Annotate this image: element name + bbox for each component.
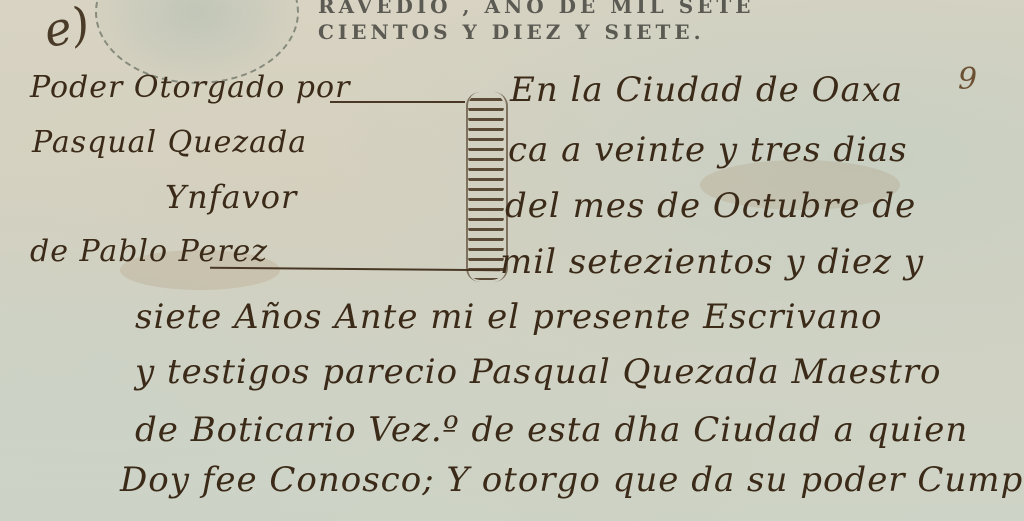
- stamp-header-line-1: RAVEDIO , AÑO DE MIL SETE: [318, 0, 755, 18]
- folio-mark: e): [39, 0, 94, 58]
- margin-note-line: de Pablo Perez: [30, 234, 268, 269]
- body-line: Doy fee Conosco; Y otorgo que da su pode…: [120, 460, 1024, 500]
- body-line: ca a veinte y tres dias: [508, 130, 908, 170]
- page-number: 9: [958, 62, 977, 97]
- margin-flourish-line: [330, 101, 465, 103]
- body-line: y testigos parecio Pasqual Quezada Maest…: [135, 352, 942, 392]
- margin-note-line: Ynfavor: [165, 178, 297, 216]
- body-line: En la Ciudad de Oaxa: [510, 70, 903, 110]
- body-line: de Boticario Vez.º de esta dha Ciudad a …: [135, 410, 968, 450]
- body-line: siete Años Ante mi el presente Escrivano: [135, 297, 882, 337]
- stamp-header-line-2: CIENTOS Y DIEZ Y SIETE.: [318, 20, 705, 44]
- body-line: mil setezientos y diez y: [500, 242, 924, 282]
- spiral-flourish-coils: [468, 94, 504, 280]
- manuscript-page: e) RAVEDIO , AÑO DE MIL SETE CIENTOS Y D…: [0, 0, 1024, 521]
- margin-note-line: Poder Otorgado por: [30, 70, 350, 105]
- margin-note-line: Pasqual Quezada: [32, 125, 307, 160]
- body-line: del mes de Octubre de: [505, 186, 916, 226]
